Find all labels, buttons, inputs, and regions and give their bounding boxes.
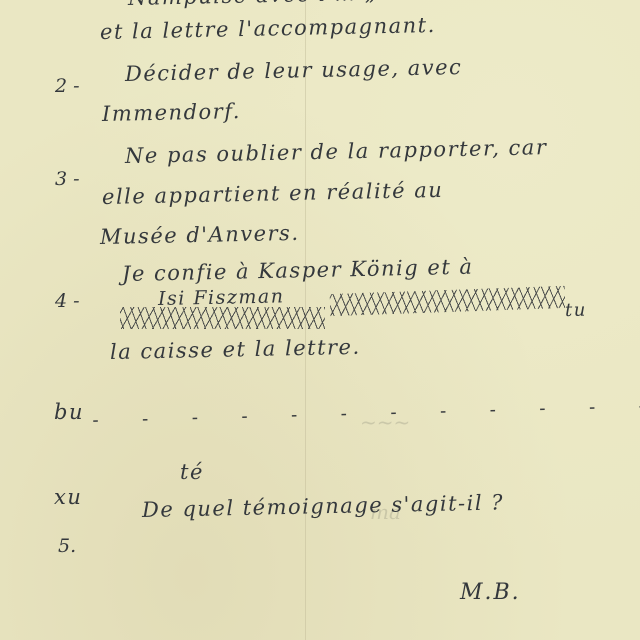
signature: M.B. xyxy=(460,580,521,605)
margin-note-xu: xu xyxy=(54,485,82,509)
item-2-number: 2 - xyxy=(55,75,80,97)
faint-show-through-1: ~~~ xyxy=(360,410,410,434)
item-5-number: 5. xyxy=(58,535,76,557)
margin-note-te: té xyxy=(180,460,204,484)
margin-note-bu: bu xyxy=(54,400,84,424)
item-3-number: 3 - xyxy=(55,168,80,190)
item-2-line-b: Immendorf. xyxy=(102,99,241,126)
item-4-trailing: tu xyxy=(565,300,587,321)
item-4-number: 4 - xyxy=(55,290,80,312)
item-3-line-c: Musée d'Anvers. xyxy=(100,221,300,249)
item-4-crossed-out-a xyxy=(120,307,325,329)
